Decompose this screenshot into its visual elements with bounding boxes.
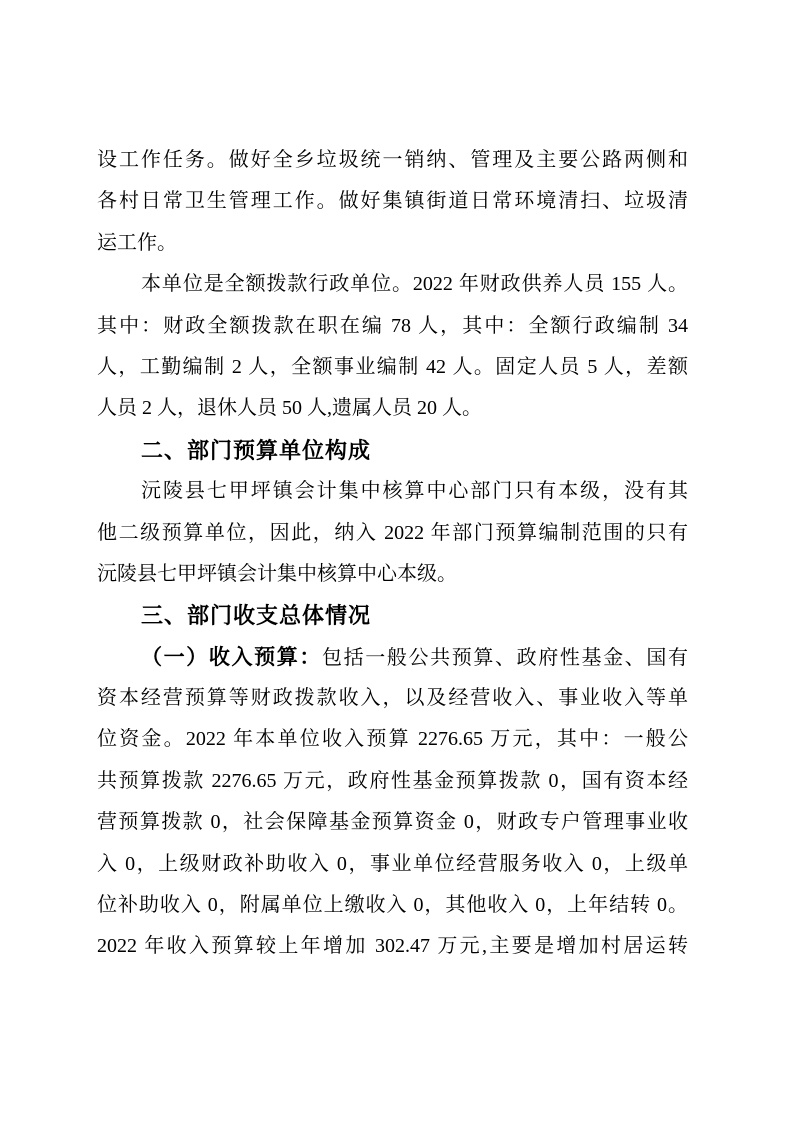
body-line: 沅陵县七甲坪镇会计集中核算中心部门只有本级，没有其 bbox=[97, 471, 688, 512]
paragraph-end-line: 运工作。 bbox=[97, 223, 688, 264]
body-line: 资本经营预算等财政拨款收入，以及经营收入、事业收入等单 bbox=[97, 678, 688, 719]
body-line: 他二级预算单位，因此，纳入 2022 年部门预算编制范围的只有 bbox=[97, 513, 688, 554]
paragraph-end-line: 人员 2 人，退休人员 50 人,遗属人员 20 人。 bbox=[97, 388, 688, 429]
body-line: 位资金。2022 年本单位收入预算 2276.65 万元，其中：一般公 bbox=[97, 719, 688, 760]
body-line: 人，工勤编制 2 人，全额事业编制 42 人。固定人员 5 人，差额 bbox=[97, 347, 688, 388]
body-line: （一）收入预算：包括一般公共预算、政府性基金、国有 bbox=[97, 637, 688, 678]
body-line: 位补助收入 0，附属单位上缴收入 0，其他收入 0，上年结转 0。 bbox=[97, 885, 688, 926]
body-line: 2022 年收入预算较上年增加 302.47 万元,主要是增加村居运转 bbox=[97, 926, 688, 967]
document-body: 设工作任务。做好全乡垃圾统一销纳、管理及主要公路两侧和 各村日常卫生管理工作。做… bbox=[97, 140, 688, 968]
body-line-text: 包括一般公共预算、政府性基金、国有 bbox=[322, 647, 688, 669]
body-line: 入 0，上级财政补助收入 0，事业单位经营服务收入 0，上级单 bbox=[97, 844, 688, 885]
body-line: 共预算拨款 2276.65 万元，政府性基金预算拨款 0，国有资本经 bbox=[97, 761, 688, 802]
income-budget-label: （一）收入预算： bbox=[141, 646, 322, 669]
section-heading-revenue-expenditure: 三、部门收支总体情况 bbox=[97, 595, 688, 636]
body-line: 其中：财政全额拨款在职在编 78 人，其中：全额行政编制 34 bbox=[97, 306, 688, 347]
paragraph-end-line: 沅陵县七甲坪镇会计集中核算中心本级。 bbox=[97, 554, 688, 595]
body-line: 设工作任务。做好全乡垃圾统一销纳、管理及主要公路两侧和 bbox=[97, 140, 688, 181]
body-line: 各村日常卫生管理工作。做好集镇街道日常环境清扫、垃圾清 bbox=[97, 181, 688, 222]
body-line: 营预算拨款 0，社会保障基金预算资金 0，财政专户管理事业收 bbox=[97, 802, 688, 843]
document-page: 设工作任务。做好全乡垃圾统一销纳、管理及主要公路两侧和 各村日常卫生管理工作。做… bbox=[0, 0, 793, 1122]
section-heading-unit-composition: 二、部门预算单位构成 bbox=[97, 430, 688, 471]
body-line: 本单位是全额拨款行政单位。2022 年财政供养人员 155 人。 bbox=[97, 264, 688, 305]
